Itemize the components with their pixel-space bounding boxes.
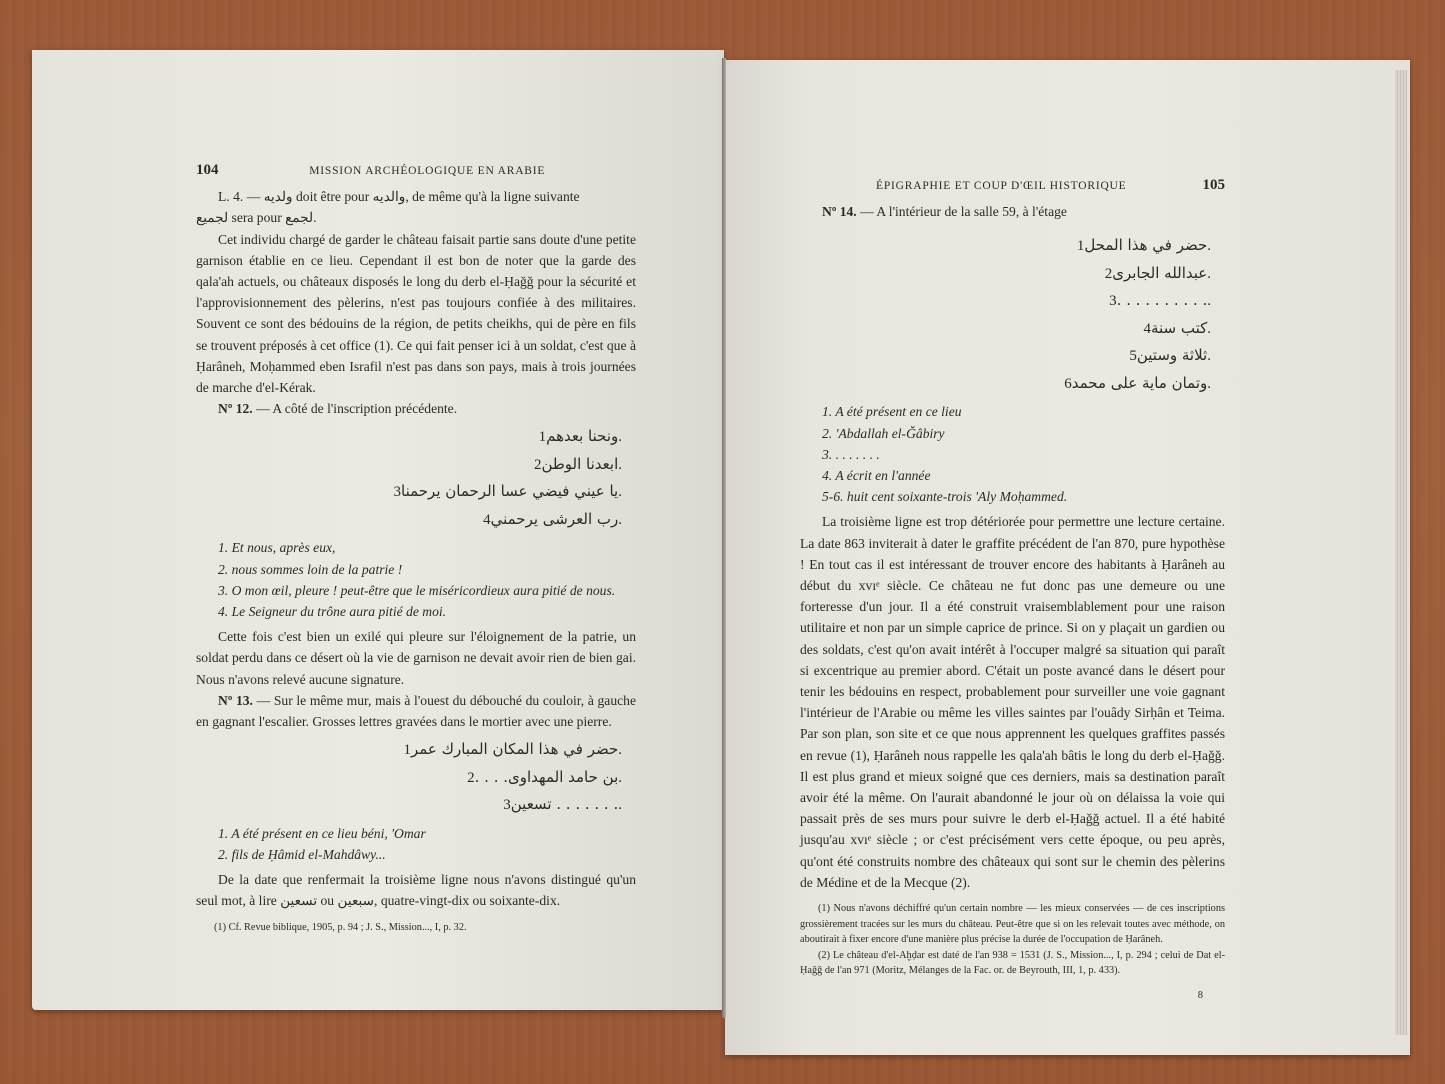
arabic-line: حضر في هذا المحل1. — [800, 232, 1211, 260]
inscription-13-arabic: حضر في هذا المكان المبارك عمر1. بن حامد … — [196, 736, 636, 819]
footnote-1-left: (1) Cf. Revue biblique, 1905, p. 94 ; J.… — [196, 920, 636, 936]
inscription-14-label: Nº 14. — [822, 204, 857, 219]
right-page-text: ÉPIGRAPHIE ET COUP D'ŒIL HISTORIQUE 105 … — [800, 175, 1225, 1006]
arabic-line: وتمان ماية على محمد6. — [800, 370, 1211, 398]
arabic-line: عبدالله الجابرى2. — [800, 260, 1211, 288]
arabic-line: كتب سنة4. — [800, 315, 1211, 343]
arabic-line: . . . . . . . تسعين3. — [196, 791, 622, 819]
arabic-line: بن حامد المهداوى. . . .2. — [196, 764, 622, 792]
translation-line: 2. nous sommes loin de la patrie ! — [196, 559, 636, 580]
inscription-14-arabic: حضر في هذا المحل1. عبدالله الجابرى2. . .… — [800, 232, 1225, 397]
translation-line: 3. O mon œil, pleure ! peut-être que le … — [196, 580, 636, 601]
book-gutter — [722, 58, 726, 1018]
translation-line: 5-6. huit cent soixante-trois 'Aly Moḥam… — [800, 486, 1225, 507]
inscription-13-label: Nº 13. — [218, 693, 253, 708]
translation-line: 4. Le Seigneur du trône aura pitié de mo… — [196, 601, 636, 622]
left-running-head: 104 MISSION ARCHÉOLOGIQUE EN ARABIE — [196, 160, 636, 182]
right-footnotes: (1) Nous n'avons déchiffré qu'un certain… — [800, 901, 1225, 979]
inscription-13-description: — Sur le même mur, mais à l'ouest du déb… — [196, 693, 636, 729]
left-page-text: 104 MISSION ARCHÉOLOGIQUE EN ARABIE L. 4… — [196, 160, 636, 935]
translation-line: 1. Et nous, après eux, — [196, 537, 636, 558]
paragraph-harane-history: La troisième ligne est trop détériorée p… — [800, 511, 1225, 893]
paragraph-l4-b: لجميع sera pour لجمع. — [196, 207, 636, 228]
translation-line: 1. A été présent en ce lieu — [800, 401, 1225, 422]
translation-line: 2. fils de Ḥâmid el-Mahdâwy... — [196, 844, 636, 865]
inscription-13-translation: 1. A été présent en ce lieu béni, 'Omar … — [196, 823, 636, 865]
translation-line: 1. A été présent en ce lieu béni, 'Omar — [196, 823, 636, 844]
page-stack-edge — [1395, 70, 1407, 1035]
footnote-2-right: (2) Le château d'el-Aḫḍar est daté de l'… — [800, 948, 1225, 979]
translation-line: 3. . . . . . . . — [800, 444, 1225, 465]
page-number-left: 104 — [196, 160, 219, 181]
arabic-line: حضر في هذا المكان المبارك عمر1. — [196, 736, 622, 764]
inscription-13-heading: Nº 13. — Sur le même mur, mais à l'ouest… — [196, 690, 636, 732]
arabic-line: رب العرشى يرحمني4. — [196, 506, 622, 534]
arabic-line: ثلاثة وستين5. — [800, 342, 1211, 370]
inscription-14-translation: 1. A été présent en ce lieu 2. 'Abdallah… — [800, 401, 1225, 507]
inscription-12-heading: Nº 12. — A côté de l'inscription précéde… — [196, 398, 636, 419]
left-footnotes: (1) Cf. Revue biblique, 1905, p. 94 ; J.… — [196, 920, 636, 936]
paragraph-date: De la date que renfermait la troisième l… — [196, 869, 636, 911]
paragraph-exile: Cette fois c'est bien un exilé qui pleur… — [196, 626, 636, 690]
inscription-12-description: — A côté de l'inscription précédente. — [253, 401, 457, 416]
paragraph-garrison: Cet individu chargé de garder le château… — [196, 229, 636, 399]
page-number-right: 105 — [1203, 175, 1226, 196]
translation-line: 2. 'Abdallah el-Ǧâbiry — [800, 423, 1225, 444]
right-running-head: ÉPIGRAPHIE ET COUP D'ŒIL HISTORIQUE 105 — [800, 175, 1225, 197]
inscription-14-description: — A l'intérieur de la salle 59, à l'étag… — [857, 204, 1067, 219]
inscription-14-heading: Nº 14. — A l'intérieur de la salle 59, à… — [800, 201, 1225, 222]
arabic-line: . . . . . . . . . .3. — [800, 287, 1211, 315]
translation-line: 4. A écrit en l'année — [800, 465, 1225, 486]
running-title-right: ÉPIGRAPHIE ET COUP D'ŒIL HISTORIQUE — [800, 176, 1203, 197]
signature-mark: 8 — [800, 985, 1225, 1006]
arabic-line: ونحنا بعدهم1. — [196, 423, 622, 451]
inscription-12-translation: 1. Et nous, après eux, 2. nous sommes lo… — [196, 537, 636, 622]
inscription-12-label: Nº 12. — [218, 401, 253, 416]
running-title-left: MISSION ARCHÉOLOGIQUE EN ARABIE — [219, 161, 637, 182]
arabic-line: ابعدنا الوطن2. — [196, 451, 622, 479]
paragraph-l4-a: L. 4. — ولديه doit être pour والديه, de … — [196, 186, 636, 207]
inscription-12-arabic: ونحنا بعدهم1. ابعدنا الوطن2. يا عيني فيض… — [196, 423, 636, 533]
footnote-1-right: (1) Nous n'avons déchiffré qu'un certain… — [800, 901, 1225, 948]
arabic-line: يا عيني فيضي عسا الرحمان يرحمنا3. — [196, 478, 622, 506]
